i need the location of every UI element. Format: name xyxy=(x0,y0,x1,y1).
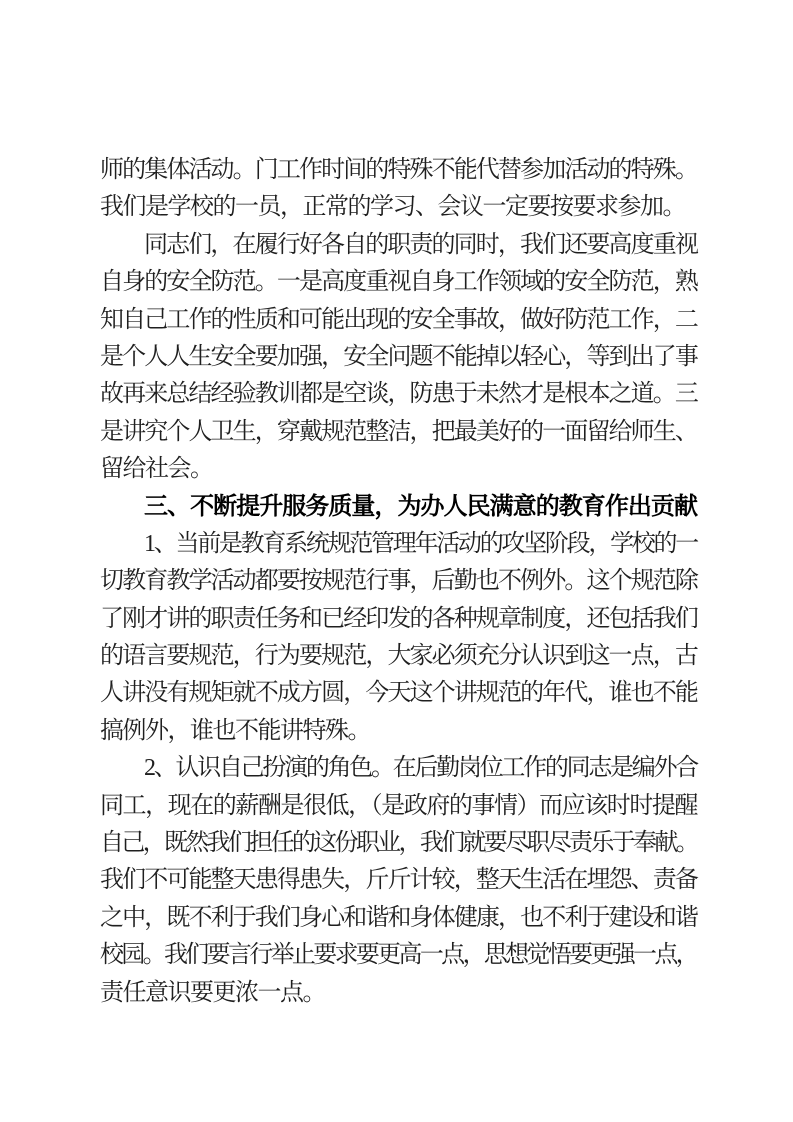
line-text: 之中，既不利于我们身心和谐和身体健康，也不利于建设和谐 xyxy=(100,905,697,931)
line-text: 切教育教学活动都要按规范行事，后勤也不例外。这个规范除 xyxy=(100,568,697,594)
line-text: 是个人人生安全要加强，安全问题不能掉以轻心，等到出了事 xyxy=(100,344,697,370)
line-text: 搞例外，谁也不能讲特殊。 xyxy=(100,718,370,744)
text-line: 我们是学校的一员，正常的学习、会议一定要按要求参加。 xyxy=(100,189,697,226)
text-line: 同工，现在的薪酬是很低，（是政府的事情）而应该时时提醒 xyxy=(100,788,697,825)
line-text: 校园。我们要言行举止要求要更高一点，思想觉悟要更强一点， xyxy=(100,942,697,968)
document-body: 师的集体活动。门工作时间的特殊不能代替参加活动的特殊。我们是学校的一员，正常的学… xyxy=(100,152,697,1012)
text-line: 了刚才讲的职责任务和已经印发的各种规章制度，还包括我们 xyxy=(100,601,697,638)
text-line: 我们不可能整天患得患失，斤斤计较，整天生活在埋怨、责备 xyxy=(100,862,697,899)
document-page: 师的集体活动。门工作时间的特殊不能代替参加活动的特殊。我们是学校的一员，正常的学… xyxy=(0,0,793,1122)
text-line: 故再来总结经验教训都是空谈，防患于未然才是根本之道。三 xyxy=(100,376,697,413)
text-line: 校园。我们要言行举止要求要更高一点，思想觉悟要更强一点， xyxy=(100,937,697,974)
line-text: 同工，现在的薪酬是很低，（是政府的事情）而应该时时提醒 xyxy=(100,793,697,819)
line-text: 师的集体活动。门工作时间的特殊不能代替参加活动的特殊。 xyxy=(100,157,697,183)
line-text: 同志们，在履行好各自的职责的同时，我们还要高度重视 xyxy=(144,232,697,258)
line-text: 人讲没有规矩就不成方圆，今天这个讲规范的年代，谁也不能 xyxy=(100,680,697,706)
line-text: 是讲究个人卫生，穿戴规范整洁，把最美好的一面留给师生、 xyxy=(100,419,697,445)
text-line: 人讲没有规矩就不成方圆，今天这个讲规范的年代，谁也不能 xyxy=(100,675,697,712)
line-text: 自身的安全防范。一是高度重视自身工作领域的安全防范，熟 xyxy=(100,269,697,295)
text-line: 1、当前是教育系统规范管理年活动的攻坚阶段，学校的一 xyxy=(100,526,697,563)
line-text: 了刚才讲的职责任务和已经印发的各种规章制度，还包括我们 xyxy=(100,606,697,632)
text-line: 留给社会。 xyxy=(100,451,697,488)
line-text: 的语言要规范，行为要规范，大家必须充分认识到这一点，古 xyxy=(100,643,697,669)
text-line: 知自己工作的性质和可能出现的安全事故，做好防范工作，二 xyxy=(100,302,697,339)
line-text: 三、不断提升服务质量，为办人民满意的教育作出贡献 xyxy=(144,494,697,520)
text-line: 同志们，在履行好各自的职责的同时，我们还要高度重视 xyxy=(100,227,697,264)
line-text: 2、认识自己扮演的角色。在后勤岗位工作的同志是编外合 xyxy=(144,755,697,781)
text-line: 切教育教学活动都要按规范行事，后勤也不例外。这个规范除 xyxy=(100,563,697,600)
heading-line: 三、不断提升服务质量，为办人民满意的教育作出贡献 xyxy=(100,489,697,526)
text-line: 师的集体活动。门工作时间的特殊不能代替参加活动的特殊。 xyxy=(100,152,697,189)
line-text: 知自己工作的性质和可能出现的安全事故，做好防范工作，二 xyxy=(100,307,697,333)
line-text: 故再来总结经验教训都是空谈，防患于未然才是根本之道。三 xyxy=(100,381,697,407)
line-text: 我们不可能整天患得患失，斤斤计较，整天生活在埋怨、责备 xyxy=(100,867,697,893)
text-line: 搞例外，谁也不能讲特殊。 xyxy=(100,713,697,750)
text-line: 是讲究个人卫生，穿戴规范整洁，把最美好的一面留给师生、 xyxy=(100,414,697,451)
text-line: 的语言要规范，行为要规范，大家必须充分认识到这一点，古 xyxy=(100,638,697,675)
line-text: 1、当前是教育系统规范管理年活动的攻坚阶段，学校的一 xyxy=(144,531,697,557)
line-text: 自己，既然我们担任的这份职业，我们就要尽职尽责乐于奉献。 xyxy=(100,830,697,856)
line-text: 责任意识要更浓一点。 xyxy=(100,980,325,1006)
text-line: 责任意识要更浓一点。 xyxy=(100,975,697,1012)
line-text: 我们是学校的一员，正常的学习、会议一定要按要求参加。 xyxy=(100,194,685,220)
text-line: 自身的安全防范。一是高度重视自身工作领域的安全防范，熟 xyxy=(100,264,697,301)
text-line: 自己，既然我们担任的这份职业，我们就要尽职尽责乐于奉献。 xyxy=(100,825,697,862)
text-line: 是个人人生安全要加强，安全问题不能掉以轻心，等到出了事 xyxy=(100,339,697,376)
text-line: 2、认识自己扮演的角色。在后勤岗位工作的同志是编外合 xyxy=(100,750,697,787)
line-text: 留给社会。 xyxy=(100,456,213,482)
text-line: 之中，既不利于我们身心和谐和身体健康，也不利于建设和谐 xyxy=(100,900,697,937)
